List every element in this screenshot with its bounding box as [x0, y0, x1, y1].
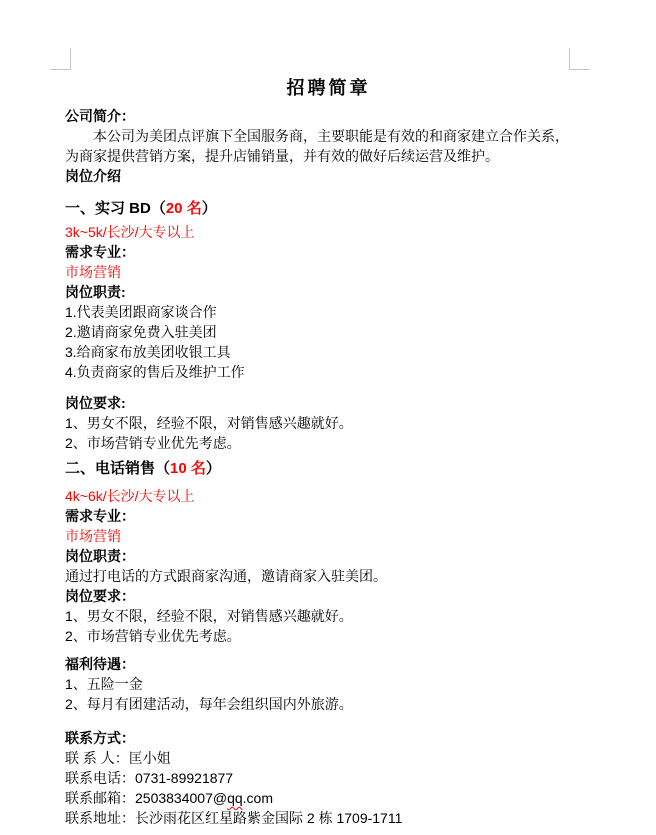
job1-req-item: 2、市场营销专业优先考虑。: [65, 433, 592, 453]
job2-req-item: 1、男女不限，经验不限，对销售感兴趣就好。: [65, 606, 592, 626]
contact-phone-value: 0731-89921877: [135, 770, 233, 786]
job2-title-close: ）: [206, 460, 221, 477]
benefits-item: 2、每月有团建活动，每年会组织国内外旅游。: [65, 694, 592, 714]
job2-duty-label: 岗位职责：: [65, 546, 592, 566]
positions-heading: 岗位介绍: [65, 166, 592, 186]
job1-title-close: ）: [202, 200, 217, 217]
company-intro-line1: 本公司为美团点评旗下全国服务商，主要职能是有效的和商家建立合作关系，: [65, 126, 592, 146]
job2-req-label: 岗位要求：: [65, 586, 592, 606]
page-title: 招聘简章: [65, 76, 592, 100]
contact-email-domain-misspelled: qq: [227, 790, 243, 806]
job1-salary: 3k~5k/长沙/大专以上: [65, 222, 592, 242]
job1-req-label: 岗位要求:: [65, 393, 592, 413]
job2-headcount: 10 名: [170, 460, 206, 477]
job1-duty-item: 4.负责商家的售后及维护工作: [65, 362, 592, 382]
document-body: 招聘简章 公司简介： 本公司为美团点评旗下全国服务商，主要职能是有效的和商家建立…: [65, 0, 592, 828]
job2-title: 二、电话销售（10 名）: [65, 458, 592, 480]
contact-email-row: 联系邮箱：2503834007@qq.com: [65, 788, 592, 808]
company-intro-heading: 公司简介：: [65, 106, 592, 126]
contact-address-row: 联系地址：长沙雨花区红星路紫金国际 2 栋 1709-1711: [65, 808, 592, 828]
job1-title-text: 一、实习 BD（: [65, 200, 166, 217]
document-page: 招聘简章 公司简介： 本公司为美团点评旗下全国服务商，主要职能是有效的和商家建立…: [0, 0, 656, 835]
contact-phone-label: 联系电话：: [65, 770, 135, 786]
job1-headcount: 20 名: [166, 200, 202, 217]
job1-duty-item: 2.邀请商家免费入驻美团: [65, 322, 592, 342]
job2-major-label: 需求专业：: [65, 506, 592, 526]
company-intro-line2: 为商家提供营销方案，提升店铺销量，并有效的做好后续运营及维护。: [65, 146, 592, 166]
job2-major: 市场营销: [65, 526, 592, 546]
contact-person-value: 匡小姐: [129, 750, 171, 766]
job1-duty-item: 1.代表美团跟商家谈合作: [65, 302, 592, 322]
job1-req-item: 1、男女不限，经验不限，对销售感兴趣就好。: [65, 413, 592, 433]
contact-email-label: 联系邮箱：: [65, 790, 135, 806]
job2-title-text: 二、电话销售（: [65, 460, 170, 477]
contact-address-label: 联系地址：: [65, 810, 135, 826]
contact-heading: 联系方式：: [65, 728, 592, 748]
contact-address-value: 长沙雨花区红星路紫金国际 2 栋 1709-1711: [135, 810, 402, 826]
job1-duty-label: 岗位职责:: [65, 282, 592, 302]
job1-major-label: 需求专业：: [65, 242, 592, 262]
contact-person-label: 联 系 人：: [65, 750, 129, 766]
job2-salary: 4k~6k/长沙/大专以上: [65, 486, 592, 506]
job1-title: 一、实习 BD（20 名）: [65, 198, 592, 220]
job2-req-item: 2、市场营销专业优先考虑。: [65, 626, 592, 646]
benefits-item: 1、五险一金: [65, 674, 592, 694]
contact-email-tld: .com: [243, 790, 273, 806]
contact-email-user: 2503834007@: [135, 790, 227, 806]
job1-duty-item: 3.给商家布放美团收银工具: [65, 342, 592, 362]
job1-major: 市场营销: [65, 262, 592, 282]
benefits-heading: 福利待遇：: [65, 654, 592, 674]
contact-phone-row: 联系电话：0731-89921877: [65, 768, 592, 788]
contact-person-row: 联 系 人：匡小姐: [65, 748, 592, 768]
job2-duty-item: 通过打电话的方式跟商家沟通，邀请商家入驻美团。: [65, 566, 592, 586]
